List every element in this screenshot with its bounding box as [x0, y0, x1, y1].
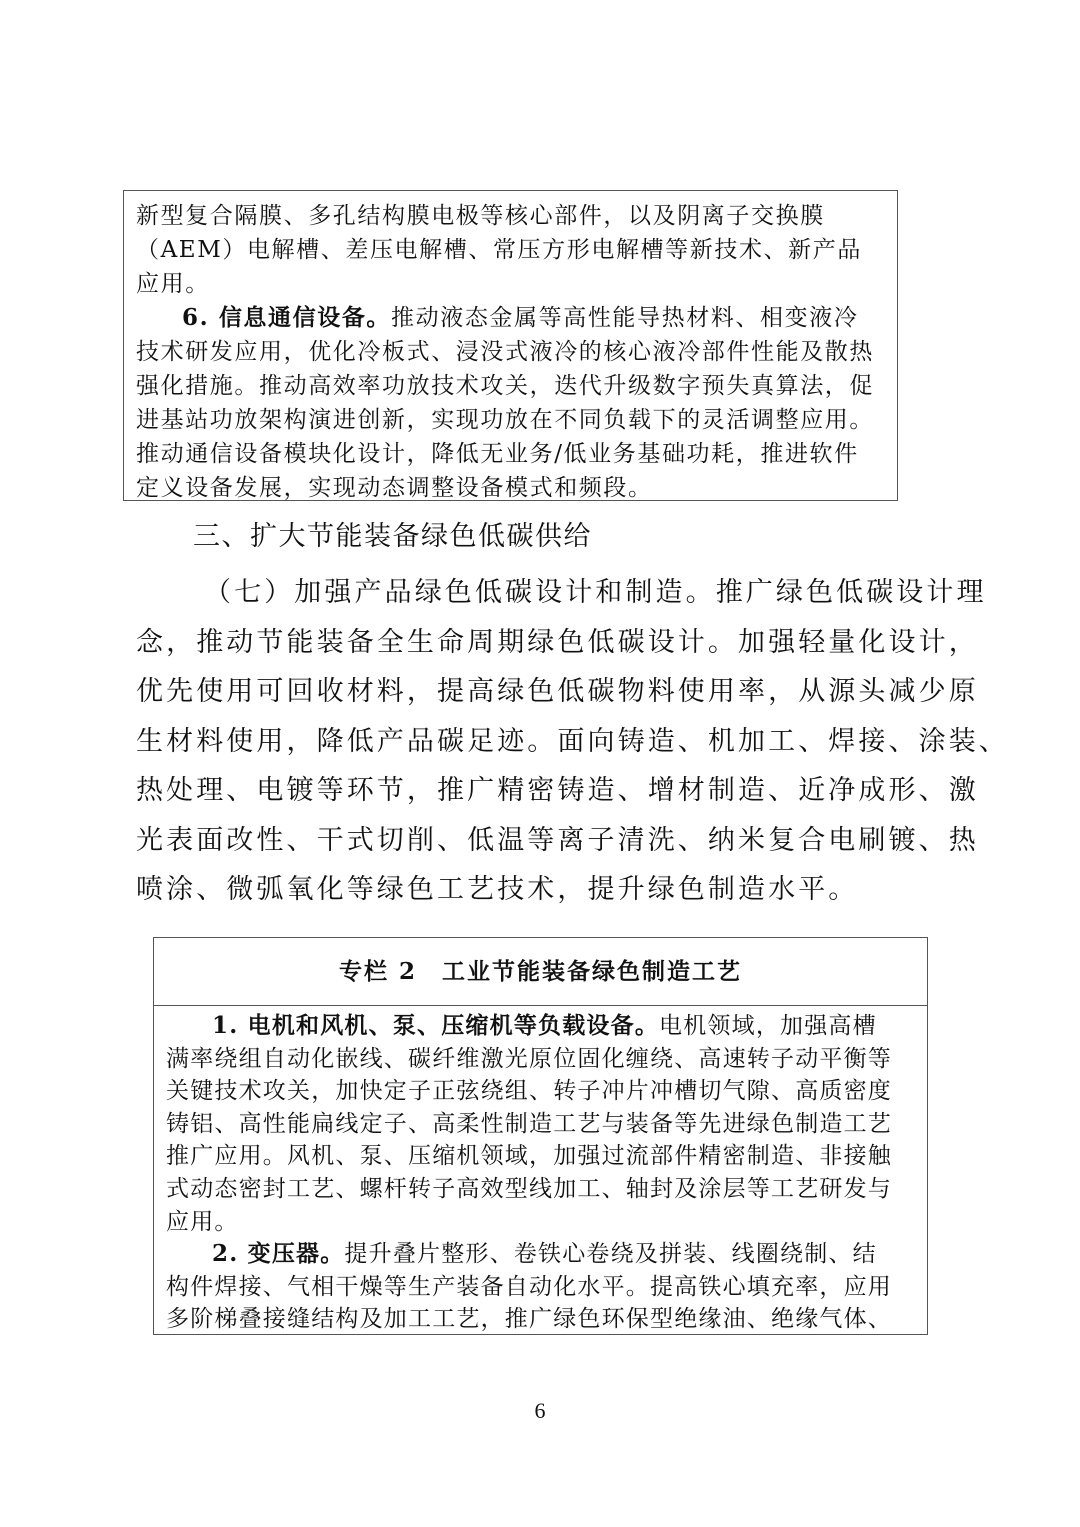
item-1-first-line: 1. 电机和风机、泵、压缩机等负载设备。电机领域，加强高槽	[166, 1010, 917, 1043]
item-2-first-line: 2. 变压器。提升叠片整形、卷铁心卷绕及拼装、线圈绕制、结	[166, 1238, 917, 1271]
column-box-header: 专栏 2 工业节能装备绿色制造工艺	[154, 938, 927, 1006]
text-line: 应用。	[136, 267, 887, 301]
item-6-first-line: 6. 信息通信设备。推动液态金属等高性能导热材料、相变液冷	[136, 301, 887, 335]
text-line: 关键技术攻关，加快定子正弦绕组、转子冲片冲槽切气隙、高质密度	[166, 1075, 917, 1108]
item-1-text: 电机领域，加强高槽	[659, 1013, 877, 1039]
column-box-2: 专栏 2 工业节能装备绿色制造工艺 1. 电机和风机、泵、压缩机等负载设备。电机…	[153, 937, 928, 1335]
text-line: 技术研发应用，优化冷板式、浸没式液冷的核心液冷部件性能及散热	[136, 335, 887, 369]
item-1-title: 1. 电机和风机、泵、压缩机等负载设备。	[212, 1012, 659, 1039]
page-number: 6	[0, 1398, 1080, 1424]
item-6-text: 推动液态金属等高性能导热材料、相变液冷	[391, 305, 858, 331]
paragraph-line: 念，推动节能装备全生命周期绿色低碳设计。加强轻量化设计，	[136, 618, 946, 668]
item-2-title: 2. 变压器。	[212, 1240, 344, 1267]
text-line: 强化措施。推动高效率功放技术攻关，迭代升级数字预失真算法，促	[136, 369, 887, 403]
text-line: 铸铝、高性能扁线定子、高柔性制造工艺与装备等先进绿色制造工艺	[166, 1108, 917, 1141]
text-line: 满率绕组自动化嵌线、碳纤维激光原位固化缠绕、高速转子动平衡等	[166, 1043, 917, 1076]
text-line: 推广应用。风机、泵、压缩机领域，加强过流部件精密制造、非接触	[166, 1140, 917, 1173]
text-line: 新型复合隔膜、多孔结构膜电极等核心部件，以及阴离子交换膜	[136, 199, 887, 233]
item-2-text: 提升叠片整形、卷铁心卷绕及拼装、线圈绕制、结	[344, 1241, 876, 1267]
text-line: 定义设备发展，实现动态调整设备模式和频段。	[136, 471, 887, 505]
body-paragraph: （七）加强产品绿色低碳设计和制造。推广绿色低碳设计理 念，推动节能装备全生命周期…	[136, 568, 946, 915]
paragraph-line: 优先使用可回收材料，提高绿色低碳物料使用率，从源头减少原	[136, 667, 946, 717]
paragraph-line: 光表面改性、干式切削、低温等离子清洗、纳米复合电刷镀、热	[136, 816, 946, 866]
text-line: 进基站功放架构演进创新，实现功放在不同负载下的灵活调整应用。	[136, 403, 887, 437]
paragraph-line: 热处理、电镀等环节，推广精密铸造、增材制造、近净成形、激	[136, 766, 946, 816]
item-6-title: 6. 信息通信设备。	[182, 304, 391, 331]
text-line: 推动通信设备模块化设计，降低无业务/低业务基础功耗，推进软件	[136, 437, 887, 471]
text-line: 构件焊接、气相干燥等生产装备自动化水平。提高铁心填充率，应用	[166, 1271, 917, 1304]
text-line: 式动态密封工艺、螺杆转子高效型线加工、轴封及涂层等工艺研发与	[166, 1173, 917, 1206]
paragraph-line: （七）加强产品绿色低碳设计和制造。推广绿色低碳设计理	[136, 568, 946, 618]
paragraph-line: 喷涂、微弧氧化等绿色工艺技术，提升绿色制造水平。	[136, 865, 946, 915]
paragraph-line: 生材料使用，降低产品碳足迹。面向铸造、机加工、焊接、涂装、	[136, 717, 946, 767]
text-line: （AEM）电解槽、差压电解槽、常压方形电解槽等新技术、新产品	[136, 233, 887, 267]
text-line: 多阶梯叠接缝结构及加工工艺，推广绿色环保型绝缘油、绝缘气体、	[166, 1303, 917, 1336]
text-line: 应用。	[166, 1206, 917, 1239]
continued-box: 新型复合隔膜、多孔结构膜电极等核心部件，以及阴离子交换膜 （AEM）电解槽、差压…	[123, 190, 898, 501]
section-heading: 三、扩大节能装备绿色低碳供给	[193, 517, 592, 557]
column-box-body: 1. 电机和风机、泵、压缩机等负载设备。电机领域，加强高槽 满率绕组自动化嵌线、…	[154, 1006, 927, 1336]
